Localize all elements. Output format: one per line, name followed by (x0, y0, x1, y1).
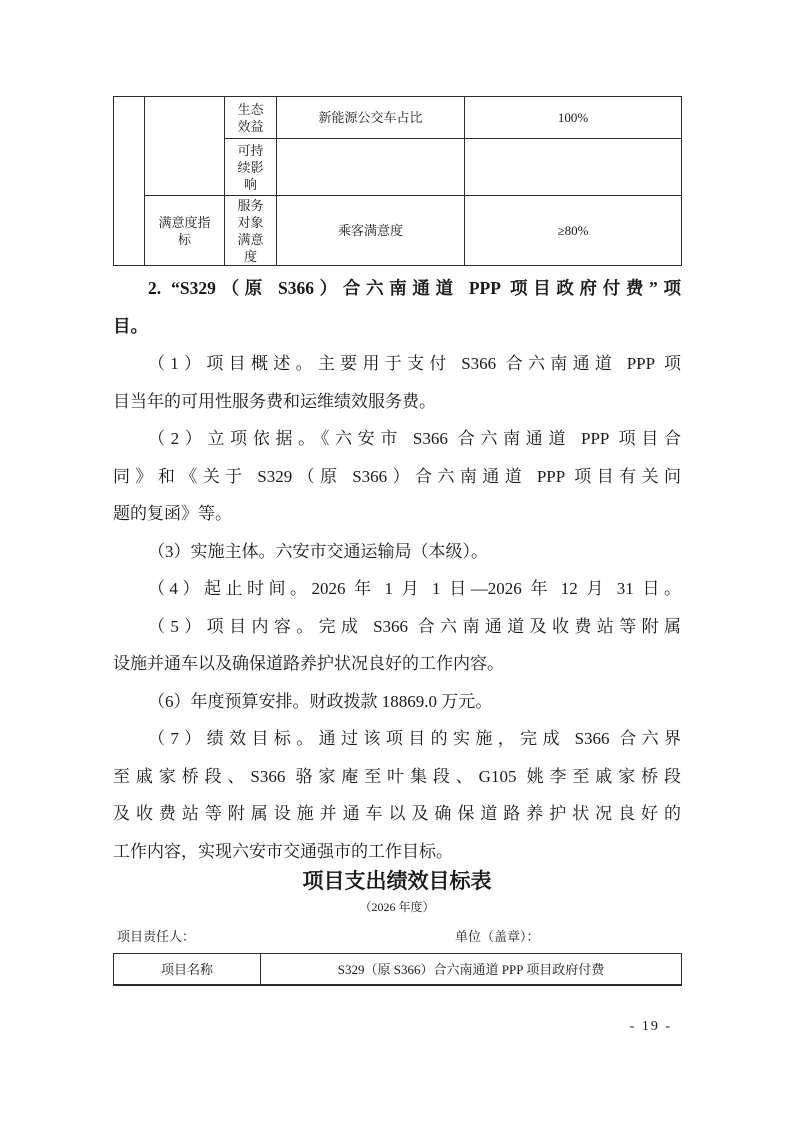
paragraph-line: 目当年的可用性服务费和运维绩效服务费。 (113, 383, 681, 421)
paragraph-line: （1）项目概述。主要用于支付 S366 合六南通道 PPP 项 (113, 345, 681, 383)
paragraph-line: 同》和《关于 S329（原 S366）合六南通道 PPP 项目有关问 (113, 458, 681, 496)
paragraph-line: 设施并通车以及确保道路养护状况良好的工作内容。 (113, 645, 681, 683)
paragraph-line: （5）项目内容。完成 S366 合六南通道及收费站等附属 (113, 608, 681, 646)
paragraph-line: 至戚家桥段、S366 骆家庵至叶集段、G105 姚李至戚家桥段 (113, 758, 681, 796)
indicator-name-cell (277, 139, 465, 196)
indicator-category-cell: 满意度指标 (145, 196, 225, 266)
indicator-category-cell (145, 97, 225, 196)
indicator-subcategory-cell: 生态效益 (225, 97, 277, 139)
paragraph-line: 工作内容，实现六安市交通强市的工作目标。 (113, 833, 681, 871)
paragraph-line: 及收费站等附属设施并通车以及确保道路养护状况良好的 (113, 795, 681, 833)
paragraph-line: （2）立项依据。《六安市 S366 合六南通道 PPP 项目合 (113, 420, 681, 458)
indicator-name-cell: 乘客满意度 (277, 196, 465, 266)
paragraph-line: （3）实施主体。六安市交通运输局（本级）。 (113, 533, 681, 571)
section-heading-line: 2. “S329（原 S366）合六南通道 PPP 项目政府付费”项 (113, 270, 681, 308)
table-row: 项目名称 S329（原 S366）合六南通道 PPP 项目政府付费 (114, 954, 682, 986)
project-name-table: 项目名称 S329（原 S366）合六南通道 PPP 项目政府付费 (113, 953, 682, 986)
project-name-value-cell: S329（原 S366）合六南通道 PPP 项目政府付费 (261, 954, 682, 986)
indicator-target-cell (465, 139, 682, 196)
goal-table-title: 项目支出绩效目标表 (113, 866, 681, 896)
page-number: - 19 - (630, 1018, 672, 1036)
body-text: 2. “S329（原 S366）合六南通道 PPP 项目政府付费”项 目。 （1… (113, 270, 681, 870)
document-page: { "indicator_table": { "rows": [ { "cate… (0, 0, 793, 1122)
indicator-subcategory-cell: 服务对象满意度 (225, 196, 277, 266)
indicator-subcategory-cell: 可持续影响 (225, 139, 277, 196)
project-name-label-cell: 项目名称 (114, 954, 261, 986)
paragraph-line: （4）起止时间。2026 年 1 月 1 日—2026 年 12 月 31 日。 (113, 570, 681, 608)
unit-seal-label: 单位（盖章）： (455, 928, 540, 945)
paragraph-line: （6）年度预算安排。财政拨款 18869.0 万元。 (113, 683, 681, 721)
table-row: 满意度指标 服务对象满意度 乘客满意度 ≥80% (114, 196, 682, 266)
paragraph-line: （7）绩效目标。通过该项目的实施，完成 S366 合六界 (113, 720, 681, 758)
responsible-person-label: 项目责任人： (117, 928, 195, 945)
indicator-level1-cell (114, 97, 145, 266)
indicator-target-cell: 100% (465, 97, 682, 139)
indicator-name-cell: 新能源公交车占比 (277, 97, 465, 139)
paragraph-line: 题的复函》等。 (113, 495, 681, 533)
goal-table-year: （2026 年度） (113, 899, 681, 915)
indicator-target-cell: ≥80% (465, 196, 682, 266)
indicator-table: 生态效益 新能源公交车占比 100% 可持续影响 满意度指标 服务对象满意度 乘… (113, 96, 682, 266)
section-heading-line: 目。 (113, 308, 681, 346)
table-row: 生态效益 新能源公交车占比 100% (114, 97, 682, 139)
